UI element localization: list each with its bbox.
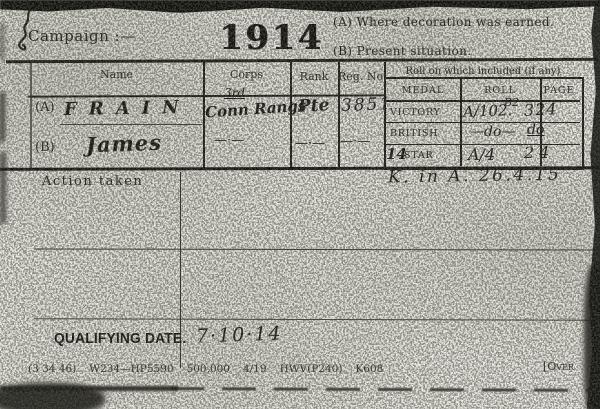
medal-index-card: Campaign :— 1914 (A) Where decoration wa… — [0, 0, 600, 409]
medal-victory-label: VICTORY — [390, 107, 441, 118]
qualifying-date-label: QUALIFYING DATE. — [54, 330, 186, 347]
print-code-part: 4/19 — [243, 363, 267, 375]
british-page-ditto: do — [527, 122, 544, 138]
over-label: [Over — [543, 360, 574, 373]
print-code-part: (3 34 46) — [28, 363, 76, 375]
print-code: (3 34 46)W234—HP5590500,0004/19HWV(P240)… — [28, 363, 396, 375]
victory-roll-sup-value: B2 — [504, 96, 519, 109]
medal-british-label: BRITISH — [390, 128, 438, 139]
star-roll-value: A/4 — [468, 145, 495, 164]
reg-ditto-dash: —·— — [340, 134, 370, 149]
print-code-part: W234—HP5590 — [89, 363, 173, 375]
reg-no-value: 3851 — [341, 94, 393, 116]
action-taken-label: Action taken — [42, 174, 143, 189]
british-roll-ditto: —do— — [470, 124, 515, 140]
print-code-part: K608 — [355, 363, 383, 375]
surname-value: FRAIN — [64, 97, 191, 120]
rollbox-col-page: PAGE — [538, 85, 580, 96]
corps-ordinal-value: 3rd — [224, 86, 245, 100]
rollbox-col-medal: MEDAL — [386, 85, 460, 96]
row-a-label: (A) — [35, 100, 55, 115]
surname-underline — [60, 124, 202, 125]
star-page-value: 24 — [524, 143, 554, 162]
rank-value: Pte — [297, 95, 329, 117]
column-header-name: Name — [30, 68, 203, 81]
campaign-label: Campaign :— — [28, 27, 136, 45]
print-code-part: 500,000 — [187, 363, 230, 375]
column-header-reg-no: Reg. No. — [338, 70, 384, 83]
killed-in-action-note: K. in A. 26.4.15 — [388, 164, 562, 187]
forename-value: James — [86, 130, 163, 158]
print-code-part: HWV(P240) — [280, 363, 343, 375]
roll-box-title: Roll on which included (if any) — [384, 66, 582, 77]
column-header-corps: Corps — [203, 68, 290, 81]
qualifying-date-value: 7·10·14 — [196, 322, 283, 347]
rollbox-col-roll: ROLL — [460, 85, 540, 96]
note-b: (B) Present situation. — [333, 44, 471, 58]
medal-star-label: STAR — [404, 150, 434, 161]
rank-ditto-dash: —·— — [295, 136, 325, 151]
corps-ditto-dash: —·— — [214, 133, 244, 148]
victory-page-value: 324 — [524, 99, 558, 120]
note-a: (A) Where decoration was earned. — [333, 15, 554, 29]
campaign-year: 1914 — [219, 18, 324, 58]
row-b-label: (B) — [35, 140, 55, 155]
column-header-rank: Rank — [290, 70, 338, 83]
